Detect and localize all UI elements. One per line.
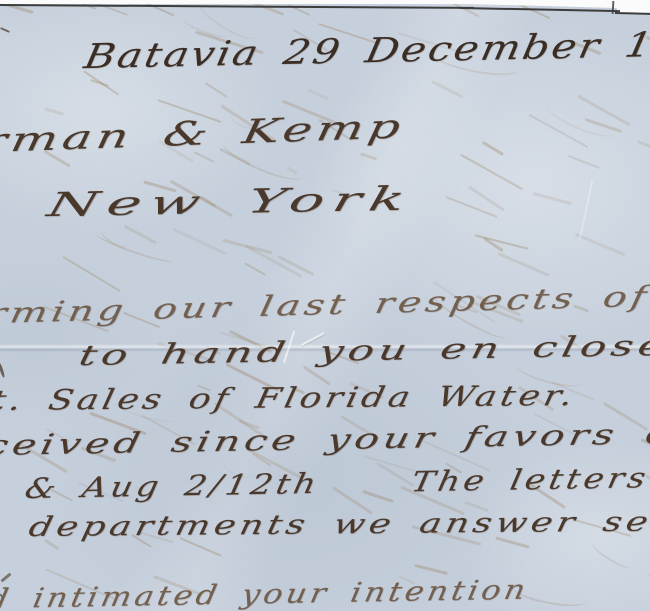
letter-body-line: d intimated your intention [0,577,531,611]
letter-scan-page: Batavia 29 December 1864 rman & Kemp New… [0,0,650,611]
letter-body-line: departments we answer sepa [26,508,650,541]
paper-edge-corner [617,0,650,13]
letter-body-line: t. Sales of Florida Water. [0,382,579,415]
recipient-city-line: New York [44,182,417,222]
